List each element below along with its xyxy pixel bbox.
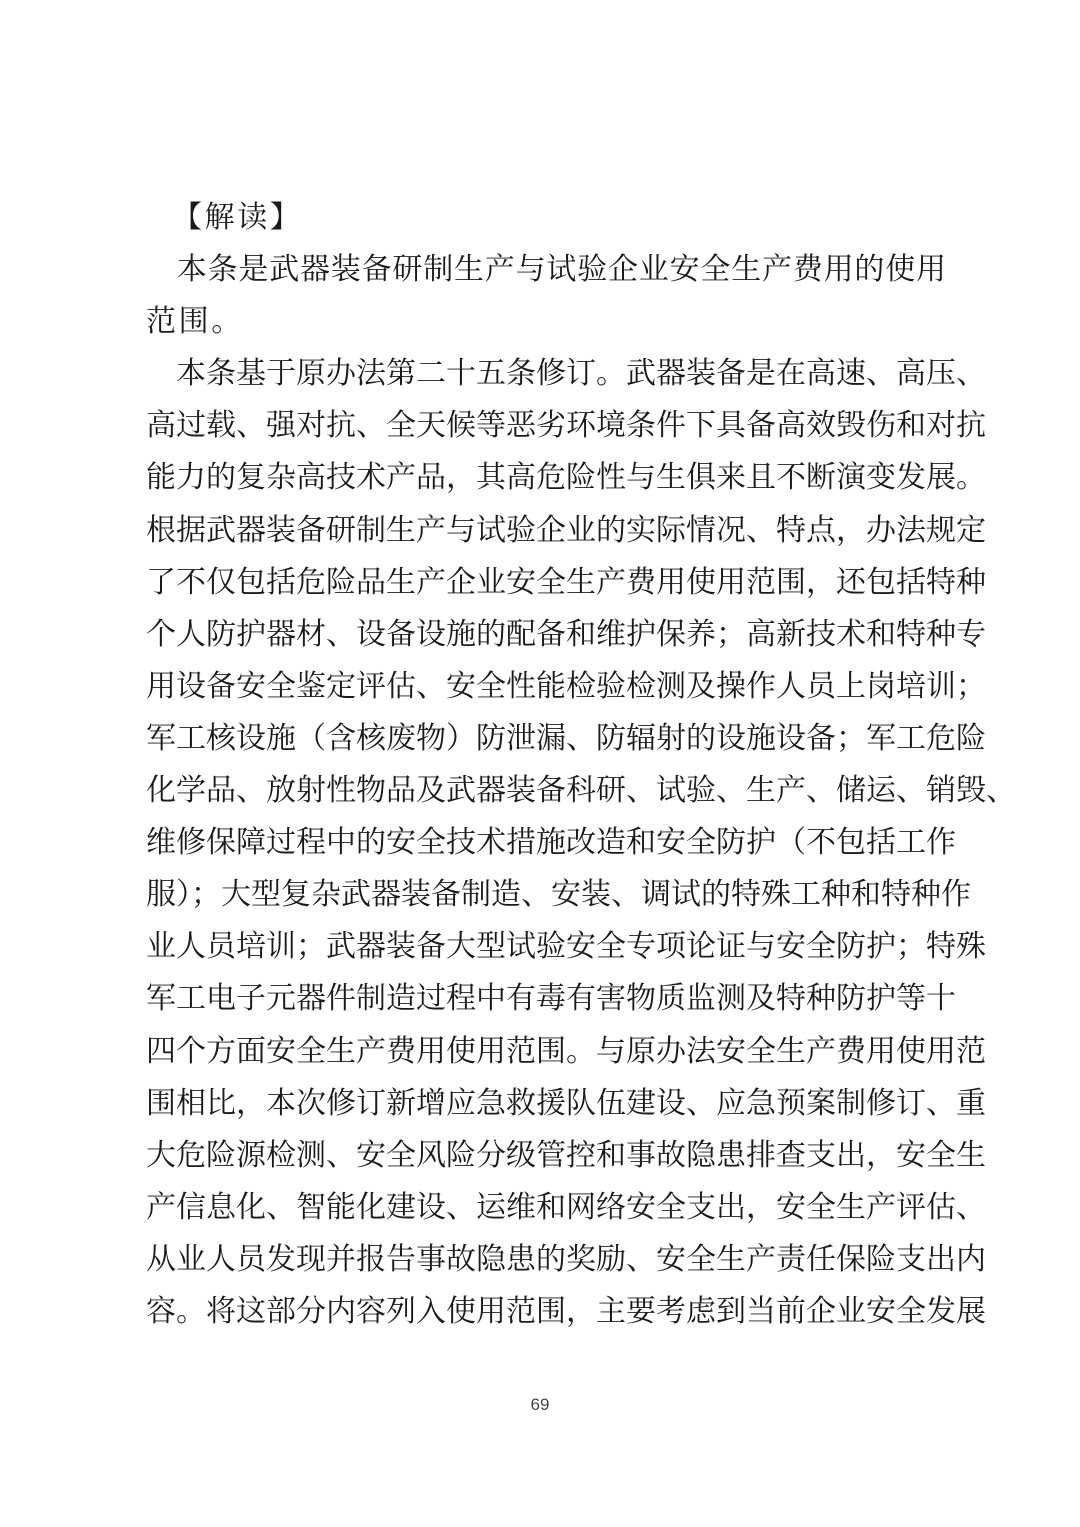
body-line: 根据武器装备研制生产与试验企业的实际情况、特点，办法规定: [146, 511, 946, 551]
body-line: 军工电子元器件制造过程中有毒有害物质监测及特种防护等十: [146, 979, 946, 1019]
body-line: 能力的复杂高技术产品，其高危险性与生俱来且不断演变发展。: [146, 458, 946, 498]
page-number: 69: [0, 1395, 1080, 1415]
body-line: 范围。: [146, 302, 946, 342]
body-line: 从业人员发现并报告事故隐患的奖励、安全生产责任保险支出内: [146, 1240, 946, 1280]
body-line: 维修保障过程中的安全技术措施改造和安全防护（不包括工作: [146, 823, 946, 863]
body-line: 大危险源检测、安全风险分级管控和事故隐患排查支出，安全生: [146, 1136, 946, 1176]
body-line: 化学品、放射性物品及武器装备科研、试验、生产、储运、销毁、: [146, 771, 946, 811]
body-line: 围相比，本次修订新增应急救援队伍建设、应急预案制修订、重: [146, 1084, 946, 1124]
body-line: 四个方面安全生产费用使用范围。与原办法安全生产费用使用范: [146, 1032, 946, 1072]
body-line: 容。将这部分内容列入使用范围，主要考虑到当前企业安全发展: [146, 1292, 946, 1332]
body-line: 了不仅包括危险品生产企业安全生产费用使用范围，还包括特种: [146, 563, 946, 603]
body-line: 个人防护器材、设备设施的配备和维护保养；高新技术和特种专: [146, 615, 946, 655]
body-line: 本条基于原办法第二十五条修订。武器装备是在高速、高压、: [146, 354, 946, 394]
body-line: 产信息化、智能化建设、运维和网络安全支出，安全生产评估、: [146, 1188, 946, 1228]
section-heading: 【解读】: [172, 198, 972, 238]
body-line: 服）；大型复杂武器装备制造、安装、调试的特殊工种和特种作: [146, 875, 946, 915]
document-page: 【解读】 本条是武器装备研制生产与试验企业安全生产费用的使用范围。 本条基于原办…: [0, 0, 1080, 1527]
body-line: 军工核设施（含核废物）防泄漏、防辐射的设施设备；军工危险: [146, 719, 946, 759]
body-line: 业人员培训；武器装备大型试验安全专项论证与安全防护；特殊: [146, 927, 946, 967]
body-line: 用设备安全鉴定评估、安全性能检验检测及操作人员上岗培训；: [146, 667, 946, 707]
body-line: 本条是武器装备研制生产与试验企业安全生产费用的使用: [146, 250, 946, 290]
body-line: 高过载、强对抗、全天候等恶劣环境条件下具备高效毁伤和对抗: [146, 406, 946, 446]
